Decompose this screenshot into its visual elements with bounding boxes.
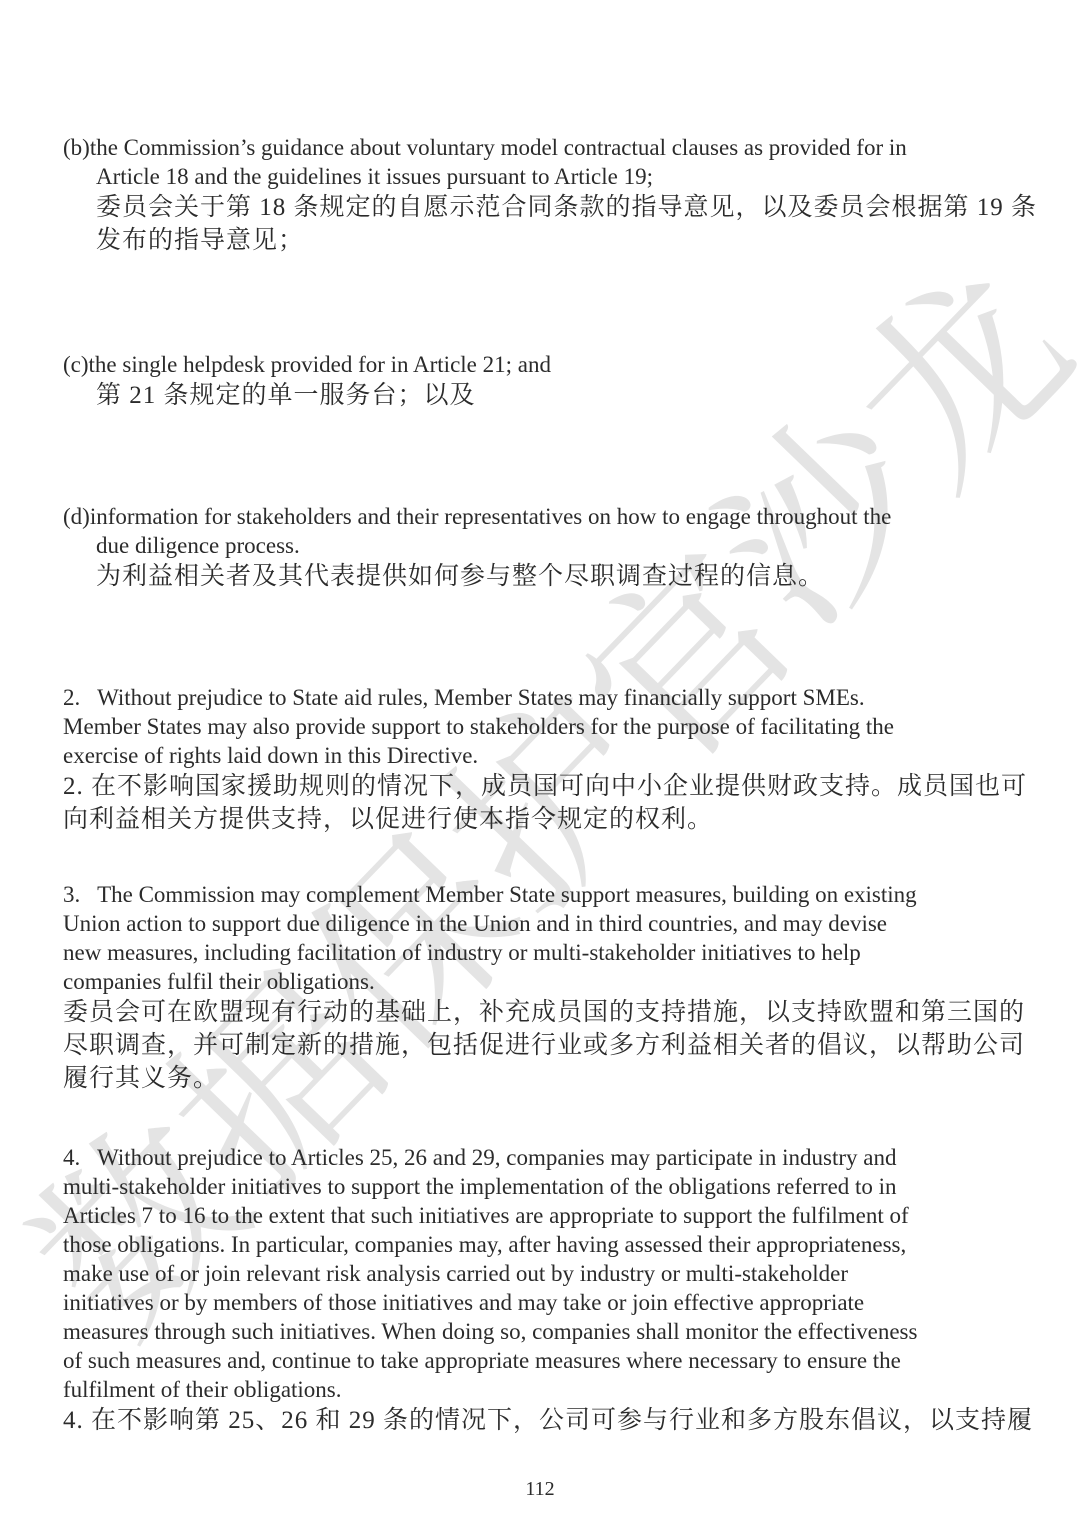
paragraph-4: 4. Without prejudice to Articles 25, 26 … [63,1143,1020,1437]
text-line: (c)the single helpdesk provided for in A… [63,350,1020,379]
text-line: 履行其义务。 [63,1062,1020,1095]
text-line: 3. The Commission may complement Member … [63,880,1020,909]
text-line: of such measures and, continue to take a… [63,1346,1020,1375]
text-line: 委员会可在欧盟现有行动的基础上，补充成员国的支持措施，以支持欧盟和第三国的 [63,996,1020,1029]
text-line: those obligations. In particular, compan… [63,1230,1020,1259]
text-line: initiatives or by members of those initi… [63,1288,1020,1317]
paragraph-3: 3. The Commission may complement Member … [63,880,1020,1095]
clause-d: (d)information for stakeholders and thei… [63,502,1020,593]
text-line: Union action to support due diligence in… [63,909,1020,938]
text-line: due diligence process. [96,531,1020,560]
text-line: companies fulfil their obligations. [63,967,1020,996]
text-line: 尽职调查，并可制定新的措施，包括促进行业或多方利益相关者的倡议，以帮助公司 [63,1029,1020,1062]
text-line: 委员会关于第 18 条规定的自愿示范合同条款的指导意见，以及委员会根据第 19 … [96,191,1020,224]
text-line: measures through such initiatives. When … [63,1317,1020,1346]
text-line: 2. Without prejudice to State aid rules,… [63,683,1020,712]
text-line: (b)the Commission’s guidance about volun… [63,133,1020,162]
paragraph-2: 2. Without prejudice to State aid rules,… [63,683,1020,836]
page-number: 112 [0,1477,1080,1501]
text-line: 2. 在不影响国家援助规则的情况下，成员国可向中小企业提供财政支持。成员国也可 [63,770,1020,803]
text-line: 4. 在不影响第 25、26 和 29 条的情况下，公司可参与行业和多方股东倡议… [63,1404,1020,1437]
clause-c: (c)the single helpdesk provided for in A… [63,350,1020,412]
text-line: multi-stakeholder initiatives to support… [63,1172,1020,1201]
text-line: exercise of rights laid down in this Dir… [63,741,1020,770]
text-line: 向利益相关方提供支持，以促进行使本指令规定的权利。 [63,803,1020,836]
text-line: 第 21 条规定的单一服务台；以及 [96,379,1020,412]
text-line: Articles 7 to 16 to the extent that such… [63,1201,1020,1230]
document-page: 数据保护官沙龙 (b)the Commission’s guidance abo… [0,0,1080,1527]
text-line: make use of or join relevant risk analys… [63,1259,1020,1288]
text-line: Article 18 and the guidelines it issues … [96,162,1020,191]
text-line: new measures, including facilitation of … [63,938,1020,967]
text-line: fulfilment of their obligations. [63,1375,1020,1404]
clause-b: (b)the Commission’s guidance about volun… [63,133,1020,257]
text-line: Member States may also provide support t… [63,712,1020,741]
text-line: (d)information for stakeholders and thei… [63,502,1020,531]
page-content: (b)the Commission’s guidance about volun… [0,0,1080,1437]
text-line: 发布的指导意见； [96,224,1020,257]
text-line: 为利益相关者及其代表提供如何参与整个尽职调查过程的信息。 [96,560,1020,593]
text-line: 4. Without prejudice to Articles 25, 26 … [63,1143,1020,1172]
